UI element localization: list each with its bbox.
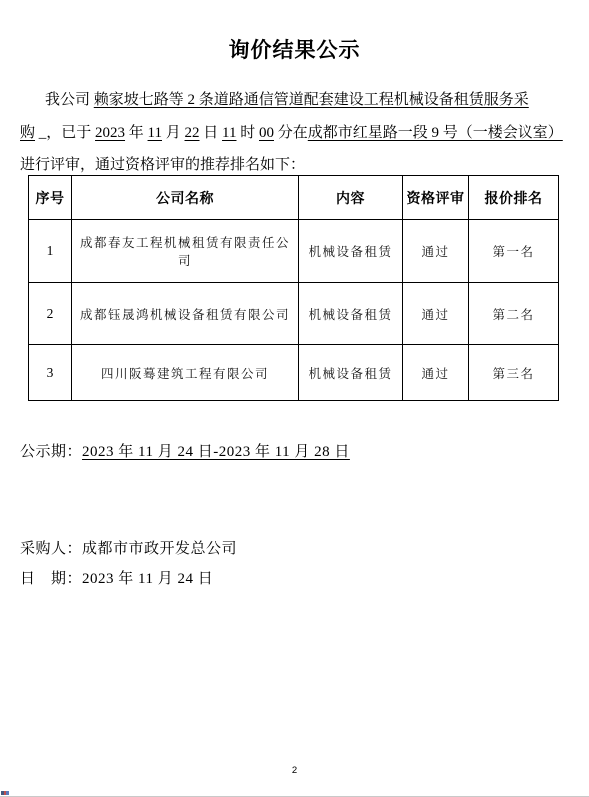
header-company: 公司名称 xyxy=(72,176,299,220)
project-name-underlined: 赖家坡七路等 2 条道路通信管道配套建设工程机械设备租赁服务采 xyxy=(94,92,529,108)
cell-content: 机械设备租赁 xyxy=(299,345,403,401)
ranking-table: 序号 公司名称 内容 资格评审 报价排名 1 成都春友工程机械租赁有限责任公司 … xyxy=(28,175,559,401)
cell-content: 机械设备租赁 xyxy=(299,283,403,345)
intro-text: ，已于 xyxy=(46,125,95,141)
table-header-row: 序号 公司名称 内容 资格评审 报价排名 xyxy=(29,176,559,220)
intro-text: 日 xyxy=(200,125,223,141)
purchaser-label: 采购人： xyxy=(20,541,82,557)
cell-company: 成都钰晟鸿机械设备租赁有限公司 xyxy=(72,283,299,345)
page-number: 2 xyxy=(0,765,589,776)
day-underlined: 22 xyxy=(185,125,200,141)
date-line: 日 期：2023 年 11 月 24 日 xyxy=(20,567,213,588)
year-underlined: 2023 xyxy=(95,125,125,141)
month-underlined: 11 xyxy=(148,125,162,141)
intro-text: 年 xyxy=(125,125,148,141)
cell-seq: 2 xyxy=(29,283,72,345)
intro-text: 月 xyxy=(162,125,185,141)
header-qualification: 资格评审 xyxy=(403,176,469,220)
cell-qualification: 通过 xyxy=(403,220,469,283)
cell-rank: 第一名 xyxy=(469,220,559,283)
cell-seq: 3 xyxy=(29,345,72,401)
intro-text: 时 xyxy=(236,125,259,141)
intro-line-2: 购 _，已于 2023 年 11 月 22 日 11 时 00 分在成都市红星路… xyxy=(20,117,572,150)
table-row: 3 四川阪蓦建筑工程有限公司 机械设备租赁 通过 第三名 xyxy=(29,345,559,401)
date-value: 2023 年 11 月 24 日 xyxy=(82,571,213,587)
purchaser-name: 成都市市政开发总公司 xyxy=(82,541,237,557)
intro-text: 我公司 xyxy=(45,92,94,108)
purchaser-line: 采购人：成都市市政开发总公司 xyxy=(20,537,237,558)
cell-content: 机械设备租赁 xyxy=(299,220,403,283)
page-title: 询价结果公示 xyxy=(0,34,589,64)
corner-artifact xyxy=(1,791,9,795)
header-content: 内容 xyxy=(299,176,403,220)
hour-underlined: 11 xyxy=(222,125,236,141)
address-underlined: 成都市红星路一段 9 号（一楼会议室） xyxy=(308,125,563,141)
cell-company: 四川阪蓦建筑工程有限公司 xyxy=(72,345,299,401)
cell-company: 成都春友工程机械租赁有限责任公司 xyxy=(72,220,299,283)
intro-text: 分在 xyxy=(274,125,308,141)
cell-qualification: 通过 xyxy=(403,283,469,345)
publicity-period-line: 公示期：2023 年 11 月 24 日-2023 年 11 月 28 日 xyxy=(20,440,350,461)
cell-qualification: 通过 xyxy=(403,345,469,401)
table-row: 2 成都钰晟鸿机械设备租赁有限公司 机械设备租赁 通过 第二名 xyxy=(29,283,559,345)
project-name-cont-underlined: 购 xyxy=(20,125,35,141)
publicity-label: 公示期： xyxy=(20,444,82,460)
publicity-dates-underlined: 2023 年 11 月 24 日-2023 年 11 月 28 日 xyxy=(82,444,350,460)
intro-text: 进行评审，通过资格评审的推荐排名如下： xyxy=(20,157,305,173)
table-row: 1 成都春友工程机械租赁有限责任公司 机械设备租赁 通过 第一名 xyxy=(29,220,559,283)
intro-paragraph: 我公司 赖家坡七路等 2 条道路通信管道配套建设工程机械设备租赁服务采 购 _，… xyxy=(20,84,572,182)
minute-underlined: 00 xyxy=(259,125,274,141)
document-page: 询价结果公示 我公司 赖家坡七路等 2 条道路通信管道配套建设工程机械设备租赁服… xyxy=(0,0,589,797)
header-rank: 报价排名 xyxy=(469,176,559,220)
cell-rank: 第二名 xyxy=(469,283,559,345)
header-seq: 序号 xyxy=(29,176,72,220)
cell-seq: 1 xyxy=(29,220,72,283)
date-label: 日 期： xyxy=(20,571,82,587)
cell-rank: 第三名 xyxy=(469,345,559,401)
blank-mark: _ xyxy=(35,125,46,141)
intro-line-1: 我公司 赖家坡七路等 2 条道路通信管道配套建设工程机械设备租赁服务采 xyxy=(20,84,572,117)
